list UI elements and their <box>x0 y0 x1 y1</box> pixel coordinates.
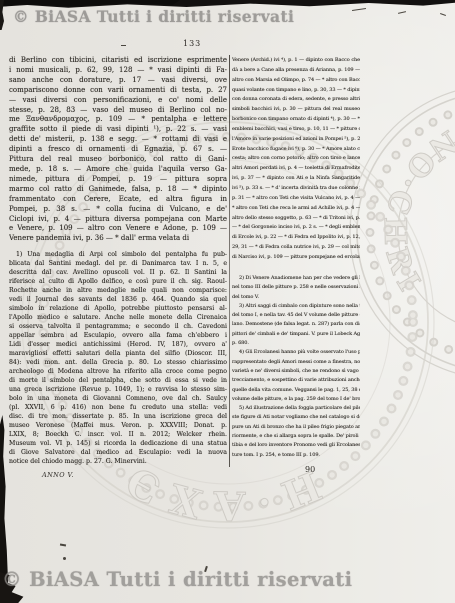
text-line: di Narciso ivi, p. 109 — pitture pompeja… <box>232 253 360 263</box>
text-line: marmo col ratto di Ganimede, falsa, p. 1… <box>9 185 227 195</box>
text-line: LXIX, 8; Boeckh C. inscr. vol. II n. 201… <box>9 430 227 439</box>
text-line: 84): vedi mon. ant. della Grecia p. 80. … <box>9 358 227 367</box>
text-line: frammentato con Cerere, Ecate, ed altra … <box>9 195 227 205</box>
text-line: Erote bacchico fugace ivi ⁶), p. 30 — * … <box>232 145 360 155</box>
text-line: pittori de' cimbali e de' timpani. V. pu… <box>232 330 360 339</box>
text-line: quelle della vita comune. Veggansi le pa… <box>232 386 360 395</box>
text-line: me Ξανθανδρομαχος, p. 109 — * pentalpha … <box>9 115 227 125</box>
text-line: bolo in una moneta di Giovanni Comneno, … <box>9 394 227 403</box>
scan-speck <box>440 13 446 16</box>
text-line: 1) Una medaglia di Arpi col simbolo del … <box>9 250 227 259</box>
text-line: trecciamento, e sospettino di varie attr… <box>232 376 360 385</box>
text-line: nimede, pittura di Pompei, p. 19 — pittu… <box>9 175 227 185</box>
text-line: di Berlino con tibicini, citaristi ed is… <box>9 56 227 66</box>
text-line: stesse, p. 28, 83 — vaso del museo di Be… <box>9 106 227 116</box>
text-line: mede, p. 18 s. — Amore che guida l'aquil… <box>9 165 227 175</box>
text-line: notice del chiodo magg. p. 27. G. Minerv… <box>9 457 227 466</box>
text-line: pure un Ati di bronzo che ha il pileo fr… <box>232 423 360 432</box>
watermark-bottom: © BiASA Tutti i diritti riservati <box>2 568 352 591</box>
text-line: — * del Gorgoneio inciso ivi, p. 2 s. — … <box>232 223 360 233</box>
scan-speck <box>63 557 66 560</box>
text-line: borbonico con timpano ornato di dipinti … <box>232 115 360 125</box>
right-stamp-letters: NO·CHRI <box>377 123 455 303</box>
text-line: con donna coronata di edera, sedente, e … <box>232 95 360 105</box>
text-line: e Venere, p. 109 — altro con Venere e Ad… <box>9 224 227 234</box>
text-line: 29, 31 — * di Fedra colla nutrice ivi, p… <box>232 243 360 253</box>
text-line: disc. di tre mon. dissertate p. 85. In u… <box>9 412 227 421</box>
text-line: vedi il Journal des savants del 1836 p. … <box>9 295 227 304</box>
text-line: i nomi musicali, p. 62, 99, 128 — * vasi… <box>9 66 227 76</box>
text-line: p. 680. <box>232 339 360 348</box>
text-line: dipinti a fresco di ornamenti di Egnazia… <box>9 145 227 155</box>
text-line: ivi, p. 37 — * dipinto con Ati e la Ninf… <box>232 174 360 184</box>
text-line: Pittura del real museo borbonico, col ra… <box>9 155 227 165</box>
text-line: appellar sembra ad Esculapio, ovvero all… <box>9 331 227 340</box>
text-line: varietà e ne' diversi simboli, che ne re… <box>232 367 360 376</box>
text-line: ste figure di Ati notar vogliamo che nel… <box>232 413 360 422</box>
scanned-book-page: NO·CHRI H·AXЭЭ © BiASA Tutti i diritti r… <box>0 0 455 603</box>
text-line: 4) Gli Ercolanesi hanno più volte osserv… <box>232 348 360 357</box>
text-line: Museum vol. VI p. 145) si ricorda la ded… <box>9 439 227 448</box>
text-line: l'Amore in varie posizioni ed azioni in … <box>232 135 360 145</box>
text-line: si osserva talvolta il pentagramma; e se… <box>9 322 227 331</box>
anno-label: ANNO V. <box>42 471 74 479</box>
right-stamp: NO·CHRI <box>350 85 455 379</box>
scan-speck <box>121 45 126 46</box>
text-line: di Ercole ivi, p. 22 — * di Fedra ed Ipp… <box>232 233 360 243</box>
text-line: detti de' misterii, p. 138 e segg. — * r… <box>9 135 227 145</box>
text-line: compariscono donne con varii ornamenti d… <box>9 86 227 96</box>
text-line: altri Amori perdati ivi, p. 4 — toeletta… <box>232 164 360 174</box>
text-line: Pompei, p. 38 s. — * colla fucina di Vul… <box>9 205 227 215</box>
text-line: l'Apollo medico e salutare. Anche nelle … <box>9 313 227 322</box>
text-line: descritta dal cav. Avellino opuscoli vol… <box>9 268 227 277</box>
text-line: del tomo V. <box>232 293 360 302</box>
text-line: 3) Altri saggi di cimbalo con dipinture … <box>232 302 360 311</box>
text-line: rappresentato degli Amori messi come a f… <box>232 358 360 367</box>
sheet-number: 90 <box>305 465 315 474</box>
text-line: altro dello stesso soggetto, p. 63 — * d… <box>232 214 360 224</box>
text-line: lano. Demostene (de falsa legat. n. 287)… <box>232 320 360 329</box>
right-column-main-text: Venere (Archid.) ivi ⁴), p. 1 — dipinto … <box>232 56 360 263</box>
text-line: riferisce al culto di Apollo delfico, e … <box>9 277 227 286</box>
text-line: tibia e del loro inventore Pronomo vedi … <box>232 441 360 450</box>
text-line: di morte il simbolo del pentalpha, che s… <box>9 376 227 385</box>
text-line: quasi volante con timpano e lino, p. 30,… <box>232 86 360 96</box>
right-column-footnotes: 2) Di Venere Anadiomene han per che vede… <box>232 274 360 460</box>
text-line: ture tom. I p. 254, e tomo III p. 109. <box>232 451 360 460</box>
text-line: Rochette anche in altre medaglie nelle q… <box>9 286 227 295</box>
text-line: nel tomo III delle pitture p. 258 e nell… <box>232 283 360 292</box>
scan-speck <box>352 8 366 11</box>
page-number: 133 <box>183 39 201 48</box>
watermark-top: © BiASA Tutti i diritti riservati <box>13 7 294 26</box>
text-line: altro con Marsia ed Olimpo, p. 74 — * al… <box>232 76 360 86</box>
text-line: museo Veronese (Maffei mus. Veron. p. XX… <box>9 421 227 430</box>
text-line: del tomo I, e nella tav. 45 del V volume… <box>232 311 360 320</box>
text-line: di Giove Salvatore dal medico ad Esculap… <box>9 448 227 457</box>
text-line: * altro con Teti che reca le armi ad Ach… <box>232 204 360 214</box>
text-line: blicata dal Santini medagl. del pr. di D… <box>9 259 227 268</box>
text-line: ivi ⁵), p. 33 s. — * d' incerta divinità… <box>232 184 360 194</box>
left-column-main-text: di Berlino con tibicini, citaristi ed is… <box>9 56 227 244</box>
text-line: dà a bere a Cane alla presenza di Ariann… <box>232 66 360 76</box>
text-line: — vasi diversi con personificazioni, e c… <box>9 96 227 106</box>
scan-speck <box>60 543 66 546</box>
text-line: sano anche con dorature, p. 17 — vasi di… <box>9 76 227 86</box>
column-divider-rule <box>229 55 230 467</box>
text-line: Venere (Archid.) ivi ⁴), p. 1 — dipinto … <box>232 56 360 66</box>
text-line: archeologo di Modena altrove ha riferito… <box>9 367 227 376</box>
left-column-footnotes: 1) Una medaglia di Arpi col simbolo del … <box>9 250 227 466</box>
text-line: simboli bacchici ivi, p. 30 — pittura de… <box>232 105 360 115</box>
text-line: (pl. XXVII, 6 p. 416) non bene fu credut… <box>9 403 227 412</box>
text-line: riormente, e che si allarga sopra le spa… <box>232 432 360 441</box>
text-line: maravigliosi effetti salutari della pian… <box>9 349 227 358</box>
text-line: 2) Di Venere Anadiomene han per che vede… <box>232 274 360 283</box>
text-line: 5) Ad illustrazione della foggia partico… <box>232 404 360 413</box>
svg-text:NO·CHRI: NO·CHRI <box>377 123 455 303</box>
text-line: graffite sotto il piede di vasi dipinti … <box>9 125 227 135</box>
text-line: Lidi d'esser medici antichissimi (Herod.… <box>9 340 227 349</box>
text-line: Ciclopi ivi, p. 4 — pittura diversa pomp… <box>9 215 227 225</box>
text-line: Venere pandemia ivi, p. 36 — * dall' erm… <box>9 234 227 244</box>
text-line: volume delle pitture, e la pag. 259 del … <box>232 395 360 404</box>
text-line: emblemi bacchici, vasi e tirso, p. 10, 1… <box>232 125 360 135</box>
text-line: cesta; altro con corno potorio; altro co… <box>232 154 360 164</box>
text-line: una greca iscrizione (Revue p. 1049, 1);… <box>9 385 227 394</box>
scan-speck <box>398 11 406 14</box>
text-line: simbolo in relazione di Apollo, potrebbe… <box>9 304 227 313</box>
text-line: p. 31 — * altro con Teti che visita Vulc… <box>232 194 360 204</box>
